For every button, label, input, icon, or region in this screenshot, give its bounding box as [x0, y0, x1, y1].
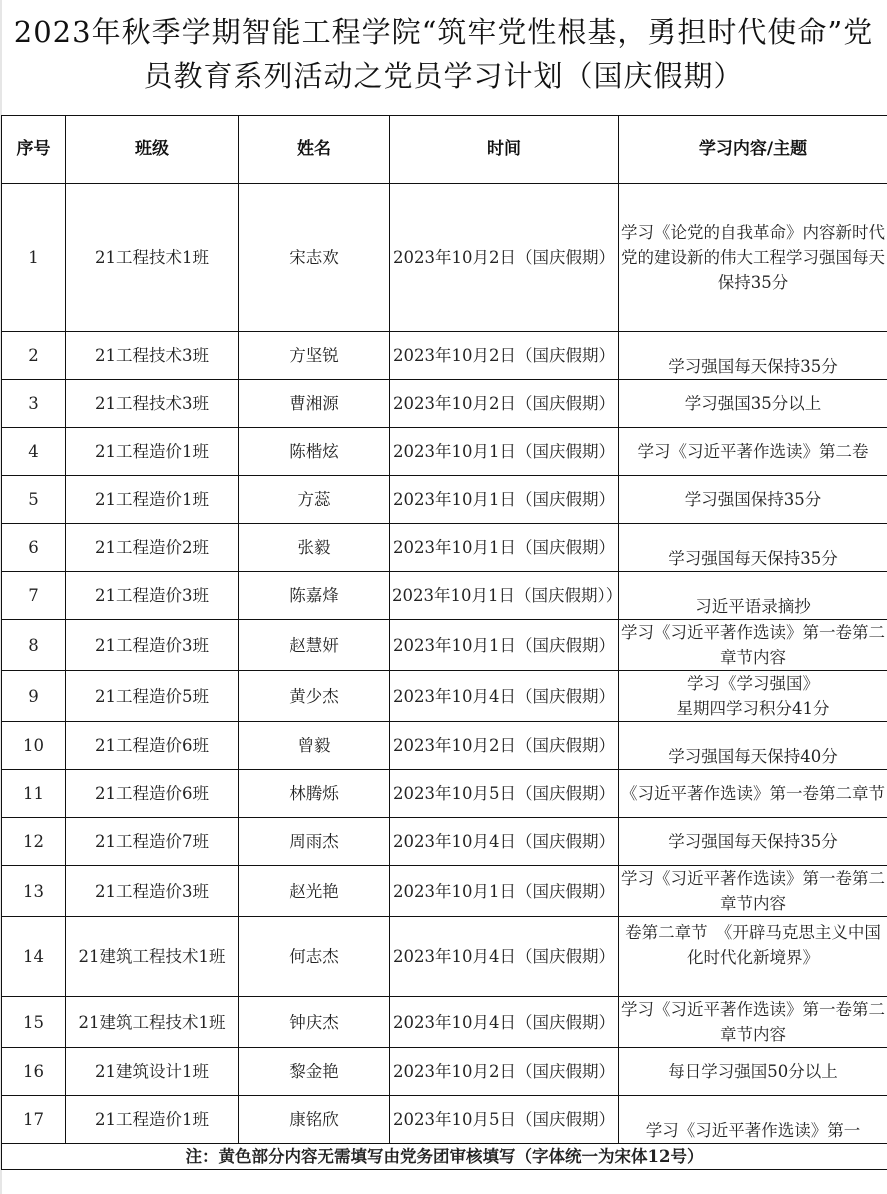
- cell-time: 2023年10月2日（国庆假期）: [390, 722, 619, 770]
- cell-content: 学习《习近平著作选读》第一卷第二章节内容: [619, 620, 887, 671]
- cell-time: 2023年10月2日（国庆假期）: [390, 1048, 619, 1096]
- cell-class: 21工程技术3班: [66, 332, 239, 380]
- cell-number: 15: [2, 997, 66, 1048]
- cell-time: 2023年10月4日（国庆假期）: [390, 818, 619, 866]
- cell-time: 2023年10月1日（国庆假期）: [390, 620, 619, 671]
- cell-time: 2023年10月4日（国庆假期）: [390, 917, 619, 997]
- cell-number: 17: [2, 1096, 66, 1144]
- header-content: 学习内容/主题: [619, 116, 887, 184]
- cell-content: 学习《习近平著作选读》第一卷第二章节内容: [619, 866, 887, 917]
- cell-class: 21工程造价3班: [66, 572, 239, 620]
- table-row: 16 21建筑设计1班 黎金艳 2023年10月2日（国庆假期） 每日学习强国5…: [2, 1048, 887, 1096]
- cell-time: 2023年10月4日（国庆假期）: [390, 997, 619, 1048]
- cell-content: 学习强国每天保持40分: [619, 722, 887, 770]
- note-row: 注：黄色部分内容无需填写由党务团审核填写（字体统一为宋体12号）: [2, 1144, 887, 1170]
- cell-name: 赵慧妍: [239, 620, 390, 671]
- cell-number: 7: [2, 572, 66, 620]
- table-row: 7 21工程造价3班 陈嘉烽 2023年10月1日（国庆假期）） 习近平语录摘抄: [2, 572, 887, 620]
- cell-name: 宋志欢: [239, 184, 390, 332]
- cell-number: 2: [2, 332, 66, 380]
- table-row: 11 21工程造价6班 林腾烁 2023年10月5日（国庆假期） 《习近平著作选…: [2, 770, 887, 818]
- table-row: 6 21工程造价2班 张毅 2023年10月1日（国庆假期） 学习强国每天保持3…: [2, 524, 887, 572]
- cell-class: 21建筑设计1班: [66, 1048, 239, 1096]
- table-row: 3 21工程技术3班 曹湘源 2023年10月2日（国庆假期） 学习强国35分以…: [2, 380, 887, 428]
- table-row: 4 21工程造价1班 陈楷炫 2023年10月1日（国庆假期） 学习《习近平著作…: [2, 428, 887, 476]
- cell-class: 21工程造价1班: [66, 1096, 239, 1144]
- cell-time: 2023年10月1日（国庆假期）: [390, 866, 619, 917]
- table-row: 13 21工程造价3班 赵光艳 2023年10月1日（国庆假期） 学习《习近平著…: [2, 866, 887, 917]
- cell-name: 曾毅: [239, 722, 390, 770]
- cell-time: 2023年10月1日（国庆假期））: [390, 572, 619, 620]
- cell-name: 何志杰: [239, 917, 390, 997]
- cell-number: 11: [2, 770, 66, 818]
- cell-name: 林腾烁: [239, 770, 390, 818]
- table-row: 15 21建筑工程技术1班 钟庆杰 2023年10月4日（国庆假期） 学习《习近…: [2, 997, 887, 1048]
- cell-content: 学习强国每天保持35分: [619, 524, 887, 572]
- cell-content: 学习强国每天保持35分: [619, 332, 887, 380]
- cell-name: 周雨杰: [239, 818, 390, 866]
- cell-time: 2023年10月1日（国庆假期）: [390, 428, 619, 476]
- cell-class: 21工程造价1班: [66, 428, 239, 476]
- cell-number: 6: [2, 524, 66, 572]
- cell-time: 2023年10月5日（国庆假期）: [390, 1096, 619, 1144]
- header-name: 姓名: [239, 116, 390, 184]
- cell-name: 陈楷炫: [239, 428, 390, 476]
- table-row: 2 21工程技术3班 方坚锐 2023年10月2日（国庆假期） 学习强国每天保持…: [2, 332, 887, 380]
- table-row: 8 21工程造价3班 赵慧妍 2023年10月1日（国庆假期） 学习《习近平著作…: [2, 620, 887, 671]
- cell-number: 3: [2, 380, 66, 428]
- cell-time: 2023年10月5日（国庆假期）: [390, 770, 619, 818]
- cell-class: 21工程造价1班: [66, 476, 239, 524]
- cell-name: 黄少杰: [239, 671, 390, 722]
- cell-time: 2023年10月4日（国庆假期）: [390, 671, 619, 722]
- cell-class: 21工程造价2班: [66, 524, 239, 572]
- cell-number: 14: [2, 917, 66, 997]
- cell-time: 2023年10月1日（国庆假期）: [390, 476, 619, 524]
- table-row: 5 21工程造价1班 方蕊 2023年10月1日（国庆假期） 学习强国保持35分: [2, 476, 887, 524]
- cell-time: 2023年10月2日（国庆假期）: [390, 332, 619, 380]
- cell-name: 赵光艳: [239, 866, 390, 917]
- cell-name: 陈嘉烽: [239, 572, 390, 620]
- cell-name: 曹湘源: [239, 380, 390, 428]
- cell-number: 9: [2, 671, 66, 722]
- cell-class: 21工程造价6班: [66, 770, 239, 818]
- cell-name: 方坚锐: [239, 332, 390, 380]
- cell-number: 10: [2, 722, 66, 770]
- cell-content: 学习强国每天保持35分: [619, 818, 887, 866]
- cell-content: 卷第二章节 《开辟马克思主义中国化时代化新境界》: [619, 917, 887, 997]
- cell-class: 21工程造价6班: [66, 722, 239, 770]
- cell-number: 4: [2, 428, 66, 476]
- cell-number: 8: [2, 620, 66, 671]
- cell-content: 学习强国保持35分: [619, 476, 887, 524]
- cell-time: 2023年10月2日（国庆假期）: [390, 184, 619, 332]
- cell-number: 16: [2, 1048, 66, 1096]
- cell-class: 21工程技术3班: [66, 380, 239, 428]
- header-number: 序号: [2, 116, 66, 184]
- cell-class: 21建筑工程技术1班: [66, 917, 239, 997]
- table-row: 9 21工程造价5班 黄少杰 2023年10月4日（国庆假期） 学习《学习强国》…: [2, 671, 887, 722]
- cell-name: 康铭欣: [239, 1096, 390, 1144]
- table-row: 10 21工程造价6班 曾毅 2023年10月2日（国庆假期） 学习强国每天保持…: [2, 722, 887, 770]
- cell-content: 每日学习强国50分以上: [619, 1048, 887, 1096]
- table-row: 14 21建筑工程技术1班 何志杰 2023年10月4日（国庆假期） 卷第二章节…: [2, 917, 887, 997]
- cell-content: 学习《学习强国》 星期四学习积分41分: [619, 671, 887, 722]
- header-time: 时间: [390, 116, 619, 184]
- cell-time: 2023年10月2日（国庆假期）: [390, 380, 619, 428]
- table-row: 12 21工程造价7班 周雨杰 2023年10月4日（国庆假期） 学习强国每天保…: [2, 818, 887, 866]
- cell-class: 21工程技术1班: [66, 184, 239, 332]
- cell-number: 13: [2, 866, 66, 917]
- cell-content: 学习《习近平著作选读》第二卷: [619, 428, 887, 476]
- cell-content: 习近平语录摘抄: [619, 572, 887, 620]
- study-plan-table: 序号 班级 姓名 时间 学习内容/主题 1 21工程技术1班 宋志欢 2023年…: [1, 115, 887, 1170]
- cell-content: 学习强国35分以上: [619, 380, 887, 428]
- cell-class: 21工程造价7班: [66, 818, 239, 866]
- table-row: 17 21工程造价1班 康铭欣 2023年10月5日（国庆假期） 学习《习近平著…: [2, 1096, 887, 1144]
- table-row: 1 21工程技术1班 宋志欢 2023年10月2日（国庆假期） 学习《论党的自我…: [2, 184, 887, 332]
- cell-class: 21建筑工程技术1班: [66, 997, 239, 1048]
- cell-name: 黎金艳: [239, 1048, 390, 1096]
- cell-content: 学习《习近平著作选读》第一卷第二章节内容: [619, 997, 887, 1048]
- cell-number: 12: [2, 818, 66, 866]
- cell-class: 21工程造价5班: [66, 671, 239, 722]
- footnote: 注：黄色部分内容无需填写由党务团审核填写（字体统一为宋体12号）: [2, 1144, 887, 1170]
- cell-class: 21工程造价3班: [66, 866, 239, 917]
- cell-time: 2023年10月1日（国庆假期）: [390, 524, 619, 572]
- cell-number: 1: [2, 184, 66, 332]
- document-title: 2023年秋季学期智能工程学院“筑牢党性根基，勇担时代使命”党员教育系列活动之党…: [0, 10, 887, 98]
- cell-class: 21工程造价3班: [66, 620, 239, 671]
- cell-name: 钟庆杰: [239, 997, 390, 1048]
- cell-name: 张毅: [239, 524, 390, 572]
- cell-number: 5: [2, 476, 66, 524]
- cell-content: 学习《论党的自我革命》内容新时代党的建设新的伟大工程学习强国每天保持35分: [619, 184, 887, 332]
- table-header-row: 序号 班级 姓名 时间 学习内容/主题: [2, 116, 887, 184]
- header-class: 班级: [66, 116, 239, 184]
- cell-name: 方蕊: [239, 476, 390, 524]
- cell-content: 学习《习近平著作选读》第一: [619, 1096, 887, 1144]
- cell-content: 《习近平著作选读》第一卷第二章节: [619, 770, 887, 818]
